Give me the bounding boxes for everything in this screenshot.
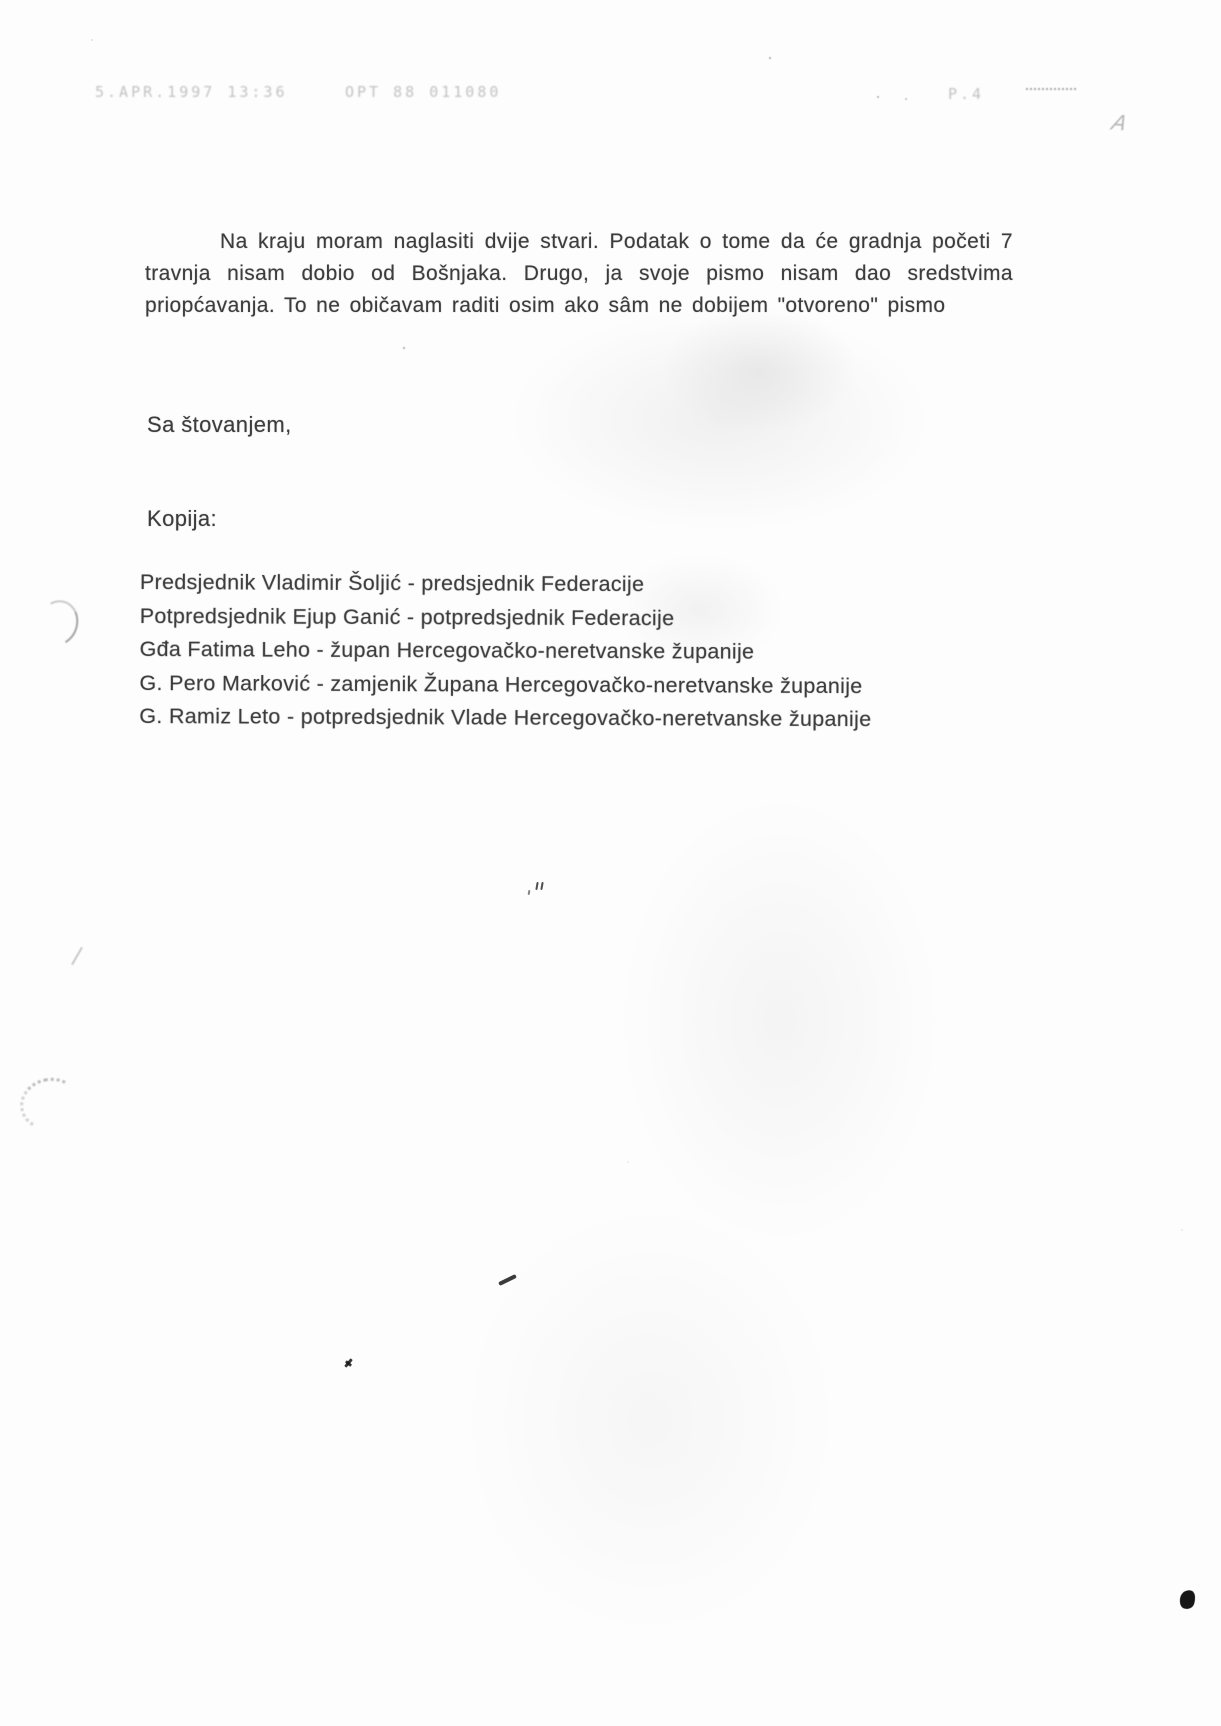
letter-closing: Sa štovanjem,	[147, 412, 292, 438]
copy-recipient: G. Ramiz Leto - potpredsjednik Vlade Her…	[139, 700, 871, 737]
scan-circle-smudge	[15, 1072, 85, 1135]
fax-station-id: OPT 88 011080	[345, 83, 501, 101]
letter-paragraph: Na kraju moram naglasiti dvije stvari. P…	[145, 226, 1013, 322]
scan-arc-smudge	[32, 595, 84, 651]
copy-recipient: Gđa Fatima Leho - župan Hercegovačko-ner…	[140, 633, 872, 670]
fax-timestamp: 5.APR.1997 13:36	[95, 83, 288, 101]
copies-list: Predsjednik Vladimir Šoljić - predsjedni…	[139, 566, 872, 737]
handwritten-corner-mark: A	[1109, 112, 1130, 137]
copy-recipient: G. Pero Marković - zamjenik Župana Herce…	[139, 666, 871, 703]
ink-blot	[1178, 1588, 1197, 1610]
header-dash-mark	[1026, 88, 1076, 90]
fax-page-number: P.4	[948, 85, 984, 103]
copies-label: Kopija:	[147, 506, 217, 532]
stray-slash-mark	[71, 947, 83, 965]
copy-recipient: Potpredsjednik Ejup Ganić - potpredsjedn…	[140, 599, 872, 636]
copy-recipient: Predsjednik Vladimir Šoljić - predsjedni…	[140, 566, 872, 603]
stray-quote-mark	[528, 882, 546, 896]
stray-tick-mark	[498, 1274, 517, 1286]
scanned-letter-page: 5.APR.1997 13:36 OPT 88 011080 P.4 A Na …	[0, 0, 1221, 1726]
stray-star-speck	[343, 1358, 353, 1368]
